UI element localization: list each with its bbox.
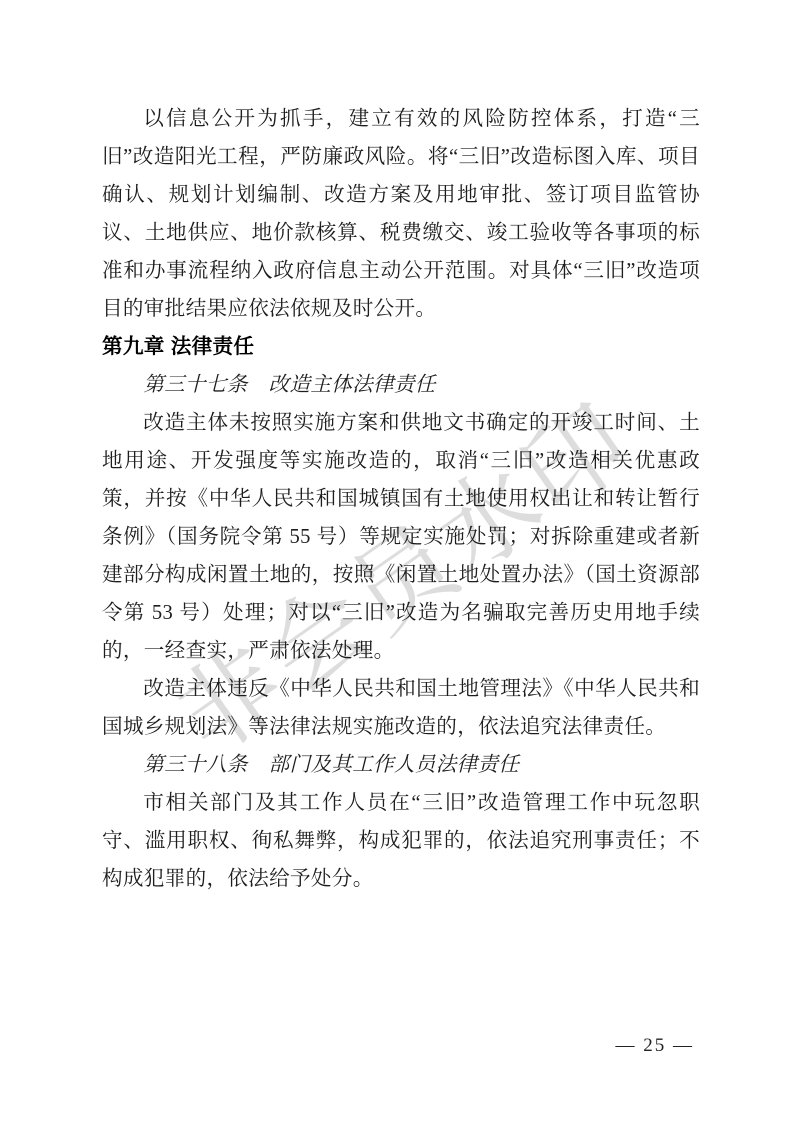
- article-37-paragraph-1: 改造主体未按照实施方案和供地文书确定的开竣工时间、土地用途、开发强度等实施改造的…: [102, 404, 700, 670]
- article-38-heading: 第三十八条 部门及其工作人员法律责任: [102, 746, 700, 784]
- chapter-heading: 第九章 法律责任: [102, 328, 700, 366]
- page-number: — 25 —: [616, 1034, 695, 1058]
- article-37-paragraph-2: 改造主体违反《中华人民共和国土地管理法》《中华人民共和国城乡规划法》等法律法规实…: [102, 670, 700, 746]
- document-page: 非会员水印 以信息公开为抓手，建立有效的风险防控体系，打造“三旧”改造阳光工程，…: [0, 0, 794, 1123]
- article-37-heading: 第三十七条 改造主体法律责任: [102, 366, 700, 404]
- page-content: 以信息公开为抓手，建立有效的风险防控体系，打造“三旧”改造阳光工程，严防廉政风险…: [102, 0, 700, 898]
- article-38-paragraph-1: 市相关部门及其工作人员在“三旧”改造管理工作中玩忽职守、滥用职权、徇私舞弊，构成…: [102, 784, 700, 898]
- intro-paragraph: 以信息公开为抓手，建立有效的风险防控体系，打造“三旧”改造阳光工程，严防廉政风险…: [102, 100, 700, 328]
